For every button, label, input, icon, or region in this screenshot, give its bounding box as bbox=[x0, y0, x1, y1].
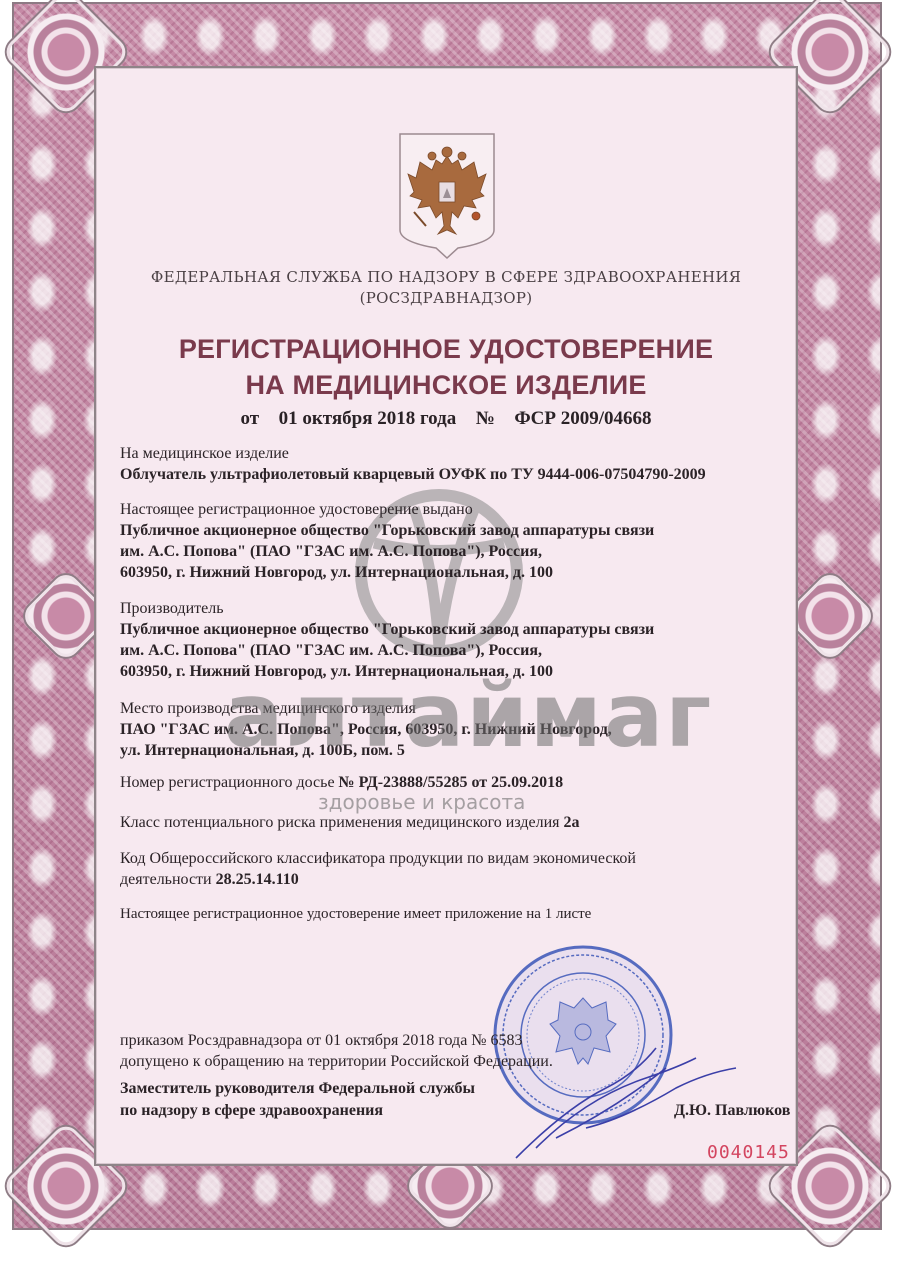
field-label: Класс потенциального риска применения ме… bbox=[120, 814, 560, 831]
field-risk-class: Класс потенциального риска применения ме… bbox=[120, 812, 780, 833]
appendix-note: Настоящее регистрационное удостоверение … bbox=[120, 904, 780, 925]
field-label: Производитель bbox=[120, 600, 224, 617]
registration-number: ФСР 2009/04668 bbox=[514, 408, 651, 429]
field-label: Место производства медицинского изделия bbox=[120, 700, 416, 717]
signer-name: Д.Ю. Павлюков bbox=[674, 1102, 790, 1120]
registration-line: от 01 октября 2018 года № ФСР 2009/04668 bbox=[96, 408, 796, 430]
date-prefix: от bbox=[241, 408, 260, 429]
field-value-line: им. А.С. Попова" (ПАО "ГЗАС им. А.С. Поп… bbox=[120, 541, 780, 562]
field-label: Номер регистрационного досье bbox=[120, 774, 335, 791]
field-value-line: 603950, г. Нижний Новгород, ул. Интернац… bbox=[120, 562, 780, 583]
agency-abbreviation: (РОСЗДРАВНАДЗОР) bbox=[96, 289, 796, 307]
registration-date: 01 октября 2018 года bbox=[279, 408, 457, 429]
field-device: На медицинское изделие Облучатель ультра… bbox=[120, 443, 780, 485]
field-dossier: Номер регистрационного досье № РД-23888/… bbox=[120, 772, 780, 793]
order-line: приказом Росздравнадзора от 01 октября 2… bbox=[120, 1032, 523, 1050]
field-issued-to: Настоящее регистрационное удостоверение … bbox=[120, 499, 780, 583]
field-label: Код Общероссийского классификатора проду… bbox=[120, 850, 636, 867]
document-title: РЕГИСТРАЦИОННОЕ УДОСТОВЕРЕНИЕ bbox=[96, 334, 796, 365]
russian-coat-of-arms-icon bbox=[396, 130, 498, 260]
field-production-site: Место производства медицинского изделия … bbox=[120, 698, 780, 761]
signer-position: Заместитель руководителя Федеральной слу… bbox=[120, 1080, 475, 1098]
field-label: деятельности bbox=[120, 871, 212, 888]
field-value-line: Публичное акционерное общество "Горьковс… bbox=[120, 520, 780, 541]
field-value: 2а bbox=[564, 814, 580, 831]
admitted-line: допущено к обращению на территории Росси… bbox=[120, 1053, 553, 1071]
certificate-panel: ФЕДЕРАЛЬНАЯ СЛУЖБА ПО НАДЗОРУ В СФЕРЕ ЗД… bbox=[94, 66, 798, 1166]
field-value: Облучатель ультрафиолетовый кварцевый ОУ… bbox=[120, 464, 780, 485]
serial-number: 0040145 bbox=[707, 1142, 790, 1163]
watermark-tagline: здоровье и красота bbox=[318, 790, 525, 814]
field-value: № РД-23888/55285 от 25.09.2018 bbox=[339, 774, 564, 791]
field-label: Настоящее регистрационное удостоверение … bbox=[120, 501, 473, 518]
field-okp-code: Код Общероссийского классификатора проду… bbox=[120, 848, 780, 890]
field-value-line: ул. Интернациональная, д. 100Б, пом. 5 bbox=[120, 740, 780, 761]
field-value-line: Публичное акционерное общество "Горьковс… bbox=[120, 619, 780, 640]
number-sign: № bbox=[476, 408, 495, 429]
field-value-line: 603950, г. Нижний Новгород, ул. Интернац… bbox=[120, 661, 780, 682]
signer-position-cont: по надзору в сфере здравоохранения bbox=[120, 1102, 383, 1120]
agency-name: ФЕДЕРАЛЬНАЯ СЛУЖБА ПО НАДЗОРУ В СФЕРЕ ЗД… bbox=[96, 268, 796, 286]
field-label: На медицинское изделие bbox=[120, 445, 289, 462]
field-value: 28.25.14.110 bbox=[216, 871, 299, 888]
field-value-line: ПАО "ГЗАС им. А.С. Попова", Россия, 6039… bbox=[120, 719, 780, 740]
document-subtitle: НА МЕДИЦИНСКОЕ ИЗДЕЛИЕ bbox=[96, 370, 796, 401]
field-manufacturer: Производитель Публичное акционерное обще… bbox=[120, 598, 780, 682]
field-value-line: им. А.С. Попова" (ПАО "ГЗАС им. А.С. Поп… bbox=[120, 640, 780, 661]
